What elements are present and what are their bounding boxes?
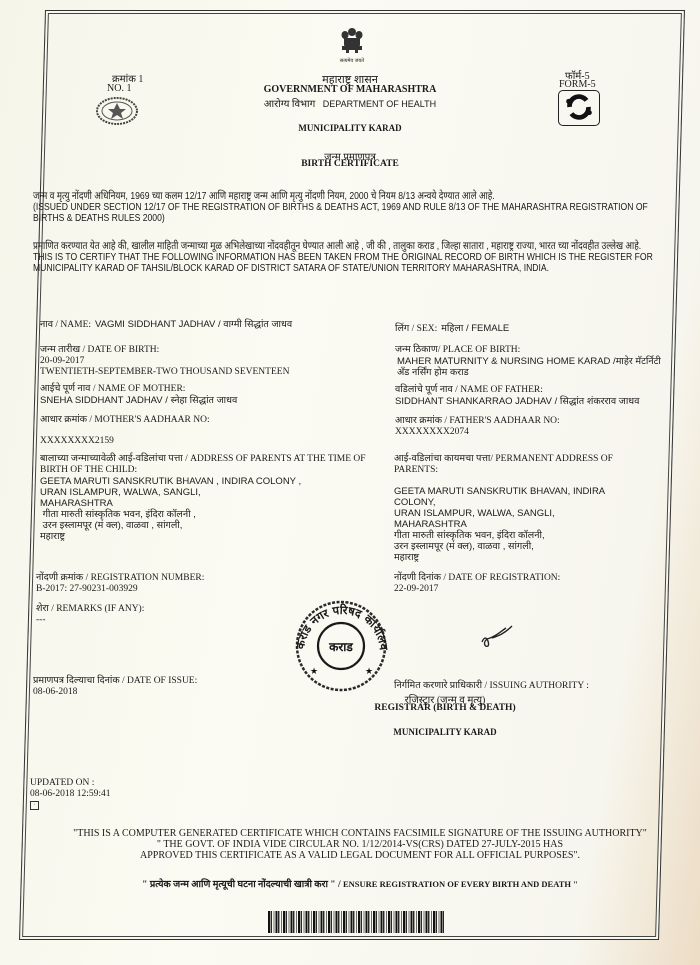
field-permanent-address: आई-वडिलांचा कायमचा पत्ता/ PERMANENT ADDR… [394,454,644,563]
footer-line: "THIS IS A COMPUTER GENERATED CERTIFICAT… [40,828,680,839]
perm-address-line: URAN ISLAMPUR, WALWA, SANGLI, [394,508,644,519]
authority-municipality: MUNICIPALITY KARAD [370,727,520,737]
address-birth-line: MAHARASHTRA [40,498,370,509]
reg-number-label-marathi: नोंदणी क्रमांक [36,573,83,583]
maharashtra-seal-icon [95,97,139,125]
issuing-authority: निर्गमित करणारे प्राधिकारी / ISSUING AUT… [394,675,674,693]
updated-label: UPDATED ON : [30,778,110,789]
preamble-certify: प्रमाणित करण्यात येत आहे की, खालील माहित… [33,241,664,274]
field-registration-date: नोंदणी दिनांक / DATE OF REGISTRATION: 22… [394,573,674,595]
remarks-label-marathi: शेरा [36,604,49,614]
mother-label: NAME OF MOTHER: [98,384,186,394]
field-sex: लिंग / SEX: महिला / FEMALE [395,318,675,336]
dept-english: DEPARTMENT OF HEALTH [323,99,436,109]
reg-date-label: DATE OF REGISTRATION: [448,573,560,583]
emblem-caption: सत्यमेव जयते [330,58,374,64]
sex-label-marathi: लिंग [395,324,409,334]
field-mother-aadhaar: आधार क्रमांक / MOTHER'S AADHAAR NO: XXXX… [40,415,370,447]
field-dob: जन्म तारीख / DATE OF BIRTH: 20-09-2017 T… [40,345,370,378]
sex-label: SEX: [417,324,438,334]
father-aadhaar-value: XXXXXXXX2074 [395,427,675,438]
field-name: नाव / NAME: VAGMI SIDDHANT JADHAV / वाग्… [40,314,370,332]
form-number: FORM-5 [559,79,596,90]
address-birth-line: गीता मारुती सांस्कृतिक भवन, इंदिरा कॉलनी… [40,509,370,520]
name-label: NAME: [60,320,91,330]
name-label-marathi: नाव [40,320,53,330]
page-title: BIRTH CERTIFICATE [250,159,450,169]
slogan-marathi: " प्रत्येक जन्म आणि मृत्यूची घटना नोंदल्… [142,880,335,890]
dept-marathi: आरोग्य विभाग [264,99,315,110]
father-value: SIDDHANT SHANKARRAO JADHAV / सिद्धांत शं… [395,396,675,407]
mother-aadhaar-value: XXXXXXXX2159 [40,436,370,447]
dob-words: TWENTIETH-SEPTEMBER-TWO THOUSAND SEVENTE… [40,367,370,378]
footer-line: " THE GOVT. OF INDIA VIDE CIRCULAR NO. 1… [40,839,680,850]
qr-placeholder-icon: · [30,801,39,810]
municipal-stamp-icon: कराड नगर परिषद कार्यालय कराड ★ ★ [290,596,392,692]
perm-address-line: महाराष्ट्र [394,552,644,563]
reg-date-label-marathi: नोंदणी दिनांक [394,573,441,583]
reg-number-label: REGISTRATION NUMBER: [91,573,205,583]
reg-date-value: 22-09-2017 [394,584,674,595]
footer-slogan: " प्रत्येक जन्म आणि मृत्यूची घटना नोंदल्… [60,877,660,890]
national-emblem-icon [337,26,367,60]
signature-icon [476,622,516,650]
stamp-center-text: कराड [328,640,353,654]
field-father: वडिलांचे पूर्ण नाव / NAME OF FATHER: SID… [395,385,675,407]
field-registration-number: नोंदणी क्रमांक / REGISTRATION NUMBER: B-… [36,573,366,595]
field-mother: आईचे पूर्ण नाव / NAME OF MOTHER: SNEHA S… [40,384,370,406]
pob-value: MAHER MATURNITY & NURSING HOME KARAD /मा… [395,356,665,378]
mother-label-marathi: आईचे पूर्ण नाव [40,384,90,394]
svg-text:★: ★ [365,666,373,676]
issued-english: (ISSUED UNDER SECTION 12/17 OF THE REGIS… [33,202,664,224]
municipality-header: MUNICIPALITY KARAD [250,123,450,133]
govt-english: GOVERNMENT OF MAHARASHTRA [230,84,470,95]
father-label: NAME OF FATHER: [460,385,543,395]
perm-address-line: गीता मारुती सांस्कृतिक भवन, इंदिरा कॉलनी… [394,530,644,541]
mother-aadhaar-label: MOTHER'S AADHAAR NO: [94,415,209,425]
footer-line: APPROVED THIS CERTIFICATE AS A VALID LEG… [40,850,680,861]
footer-disclaimer: "THIS IS A COMPUTER GENERATED CERTIFICAT… [40,828,680,861]
perm-address-label-marathi: आई-वडिलांचा कायमचा पत्ता [394,454,490,464]
field-address-at-birth: बालाच्या जन्माच्यावेळी आई-वडिलांचा पत्ता… [40,454,370,542]
address-birth-label-marathi: बालाच्या जन्माच्यावेळी आई-वडिलांचा पत्ता [40,454,183,464]
field-father-aadhaar: आधार क्रमांक / FATHER'S AADHAAR NO: XXXX… [395,416,675,438]
perm-address-line: GEETA MARUTI SANSKRUTIK BHAVAN, INDIRA C… [394,486,644,508]
reg-number-value: B-2017: 27-90231-003929 [36,584,366,595]
issue-date-label-marathi: प्रमाणपत्र दिल्याचा दिनांक [33,676,120,686]
mother-aadhaar-label-marathi: आधार क्रमांक [40,415,87,425]
mother-value: SNEHA SIDDHANT JADHAV / स्नेहा सिद्धांत … [40,395,370,406]
dob-label-marathi: जन्म तारीख [40,345,80,355]
svg-text:★: ★ [310,666,318,676]
field-place-of-birth: जन्म ठिकाण/ PLACE OF BIRTH: MAHER MATURN… [395,345,665,378]
authority-label-marathi: निर्गमित करणारे प्राधिकारी [394,681,482,691]
pob-label: PLACE OF BIRTH: [443,345,521,355]
certify-english: THIS IS TO CERTIFY THAT THE FOLLOWING IN… [33,252,664,274]
authority-label: ISSUING AUTHORITY : [489,681,588,691]
barcode-icon [268,911,444,933]
name-value: VAGMI SIDDHANT JADHAV / वाग्मी सिद्धांत … [95,319,292,330]
issue-date-label: DATE OF ISSUE: [127,676,197,686]
preamble-issued: जन्म व मृत्यु नोंदणी अधिनियम, 1969 च्या … [33,191,664,224]
father-aadhaar-label-marathi: आधार क्रमांक [395,416,442,426]
pob-label-marathi: जन्म ठिकाण [395,345,438,355]
dob-label: DATE OF BIRTH: [88,345,160,355]
address-birth-line: महाराष्ट्र [40,531,370,542]
sex-value: महिला / FEMALE [441,323,509,334]
crs-logo-icon [558,90,600,126]
department-line: आरोग्य विभाग DEPARTMENT OF HEALTH [230,96,470,110]
updated-on: UPDATED ON : 08-06-2018 12:59:41 [30,778,110,800]
father-label-marathi: वडिलांचे पूर्ण नाव [395,385,453,395]
certificate-page: सत्यमेव जयते क्रमांक 1 NO. 1 महाराष्ट्र … [0,0,700,965]
address-birth-line: GEETA MARUTI SANSKRUTIK BHAVAN , INDIRA … [40,476,370,487]
serial-number: NO. 1 [107,83,131,94]
perm-address-line: उरन इस्लामपूर (मं क्ल), वाळवा , सांगली, [394,541,644,552]
remarks-label: REMARKS (IF ANY): [56,604,144,614]
perm-address-line: MAHARASHTRA [394,519,644,530]
registrar-english: REGISTRAR (BIRTH & DEATH) [370,703,520,713]
father-aadhaar-label: FATHER'S AADHAAR NO: [449,416,559,426]
dob-value: 20-09-2017 [40,356,370,367]
address-birth-line: URAN ISLAMPUR, WALWA, SANGLI, [40,487,370,498]
address-birth-line: उरन इस्लामपूर (मं क्ल), वाळवा , सांगली, [40,520,370,531]
slogan-english: ENSURE REGISTRATION OF EVERY BIRTH AND D… [343,879,578,889]
updated-value: 08-06-2018 12:59:41 [30,789,110,800]
